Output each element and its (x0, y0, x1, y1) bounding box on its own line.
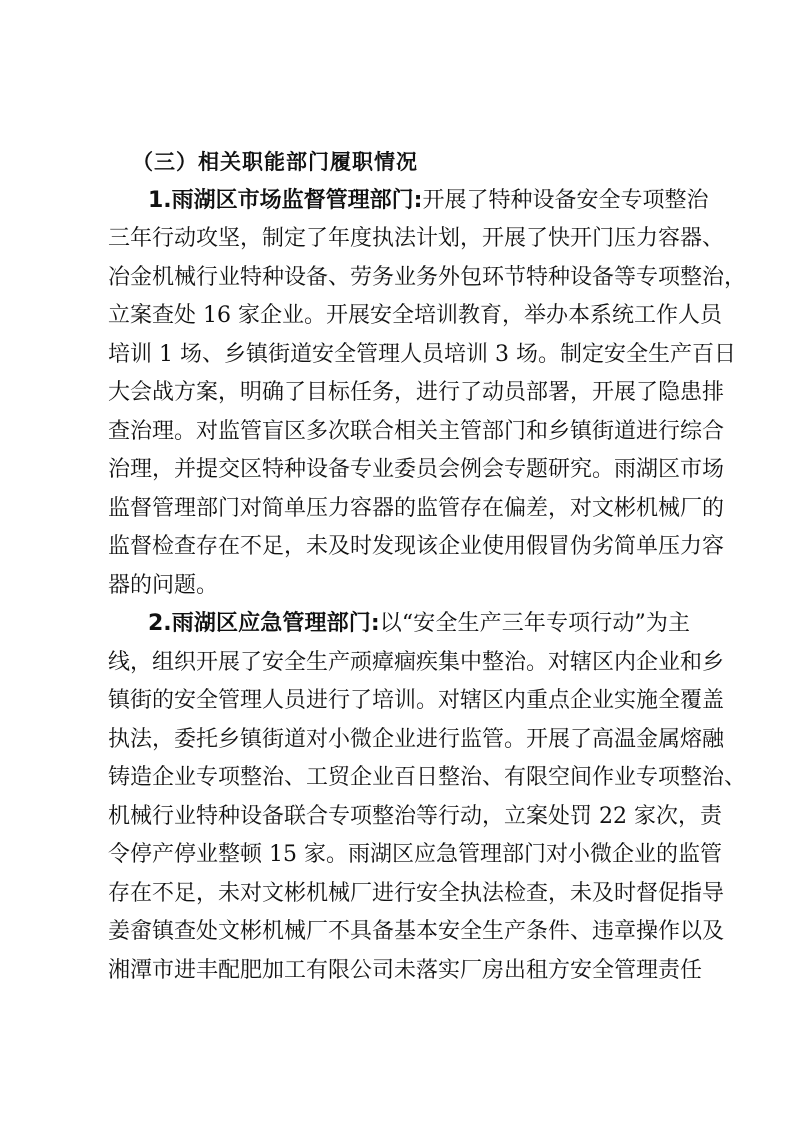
document-page: （三）相关职能部门履职情况 1.雨湖区市场监督管理部门:开展了特种设备安全专项整… (108, 143, 690, 990)
paragraph-label: 1.雨湖区市场监督管理部门: (148, 188, 422, 213)
paragraph-line: 姜畲镇查处文彬机械厂不具备基本安全生产条件、违章操作以及 (108, 913, 690, 952)
section-heading: （三）相关职能部门履职情况 (108, 143, 690, 182)
paragraph-line: 机械行业特种设备联合专项整治等行动，立案处罚 22 家次，责 (108, 798, 690, 837)
paragraph-text: 开展了特种设备安全专项整治 (422, 188, 708, 213)
paragraph-line: 令停产停业整顿 15 家。雨湖区应急管理部门对小微企业的监管 (108, 836, 690, 875)
paragraph-line: 铸造企业专项整治、工贸企业百日整治、有限空间作业专项整治、 (108, 759, 690, 798)
paragraph-line: 大会战方案，明确了目标任务，进行了动员部署，开展了隐患排 (108, 374, 690, 413)
paragraph-line: 执法，委托乡镇街道对小微企业进行监管。开展了高温金属熔融 (108, 721, 690, 760)
paragraph-first-line: 1.雨湖区市场监督管理部门:开展了特种设备安全专项整治 (108, 182, 690, 221)
paragraph-line: 湘潭市进丰配肥加工有限公司未落实厂房出租方安全管理责任 (108, 952, 690, 991)
paragraph-line: 监督管理部门对简单压力容器的监管存在偏差，对文彬机械厂的 (108, 490, 690, 529)
paragraph-line: 治理，并提交区特种设备专业委员会例会专题研究。雨湖区市场 (108, 451, 690, 490)
paragraph-line: 器的问题。 (108, 567, 690, 606)
paragraph-line: 冶金机械行业特种设备、劳务业务外包环节特种设备等专项整治， (108, 259, 690, 298)
paragraph-text: 以“安全生产三年专项行动”为主 (380, 611, 690, 636)
paragraph-first-line: 2.雨湖区应急管理部门:以“安全生产三年专项行动”为主 (108, 605, 690, 644)
paragraph-market-supervision: 1.雨湖区市场监督管理部门:开展了特种设备安全专项整治 三年行动攻坚，制定了年度… (108, 182, 690, 606)
paragraph-line: 培训 1 场、乡镇街道安全管理人员培训 3 场。制定安全生产百日 (108, 336, 690, 375)
paragraph-line: 三年行动攻坚，制定了年度执法计划，开展了快开门压力容器、 (108, 220, 690, 259)
paragraph-label: 2.雨湖区应急管理部门: (148, 611, 380, 636)
paragraph-emergency-management: 2.雨湖区应急管理部门:以“安全生产三年专项行动”为主 线，组织开展了安全生产顽… (108, 605, 690, 990)
paragraph-line: 查治理。对监管盲区多次联合相关主管部门和乡镇街道进行综合 (108, 413, 690, 452)
paragraph-line: 存在不足，未对文彬机械厂进行安全执法检查，未及时督促指导 (108, 875, 690, 914)
paragraph-line: 立案查处 16 家企业。开展安全培训教育，举办本系统工作人员 (108, 297, 690, 336)
paragraph-line: 监督检查存在不足，未及时发现该企业使用假冒伪劣简单压力容 (108, 528, 690, 567)
paragraph-line: 镇街的安全管理人员进行了培训。对辖区内重点企业实施全覆盖 (108, 682, 690, 721)
paragraph-line: 线，组织开展了安全生产顽瘴痼疾集中整治。对辖区内企业和乡 (108, 644, 690, 683)
